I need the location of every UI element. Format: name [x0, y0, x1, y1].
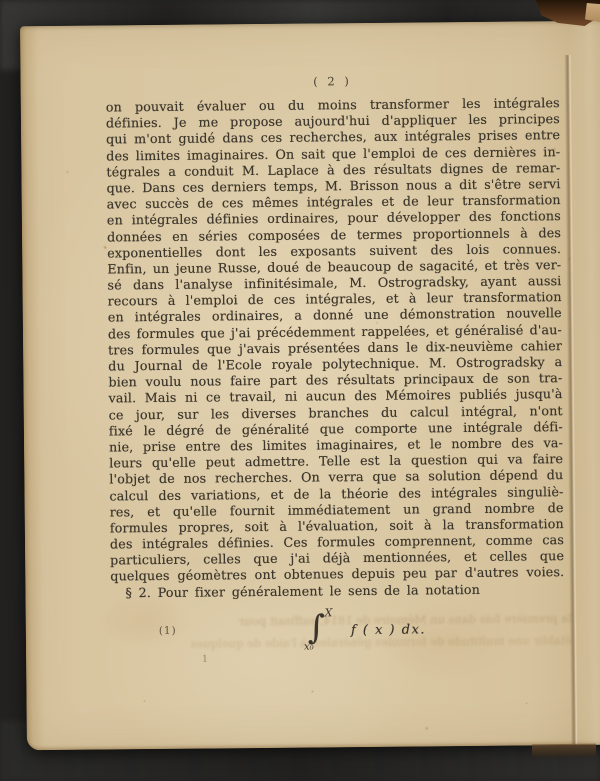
- body-text: on pouvait évaluer ou du moins transform…: [106, 95, 565, 601]
- equation-label: (1): [159, 625, 177, 637]
- underlying-page-edge-bottom: [532, 744, 596, 758]
- integral-lower-limit: x₀: [304, 641, 314, 652]
- equation: X ∫ x₀ f ( x ) dx.: [301, 610, 427, 657]
- printers-signature-mark: 1: [202, 655, 208, 665]
- book-page: ( 2 ) on pouvait évaluer ou du moins tra…: [20, 21, 600, 751]
- page-gutter-shading: [569, 21, 600, 745]
- integral: X ∫ x₀: [301, 611, 337, 655]
- integrand: f ( x ) dx.: [351, 610, 426, 638]
- integral-upper-limit: X: [325, 606, 333, 619]
- body-lines: on pouvait évaluer ou du moins transform…: [106, 95, 565, 585]
- section-heading-line: § 2. Pour fixer généralement le sens de …: [110, 581, 564, 602]
- equation-row: (1) X ∫ x₀ f ( x ) dx.: [111, 609, 565, 663]
- scanned-book-photo: ( 2 ) on pouvait évaluer ou du moins tra…: [0, 0, 600, 781]
- integral-sign-icon: ∫: [308, 610, 326, 643]
- page-crease-line: [564, 55, 578, 745]
- page-number: ( 2 ): [105, 72, 559, 90]
- underlying-page-edge: [585, 3, 600, 22]
